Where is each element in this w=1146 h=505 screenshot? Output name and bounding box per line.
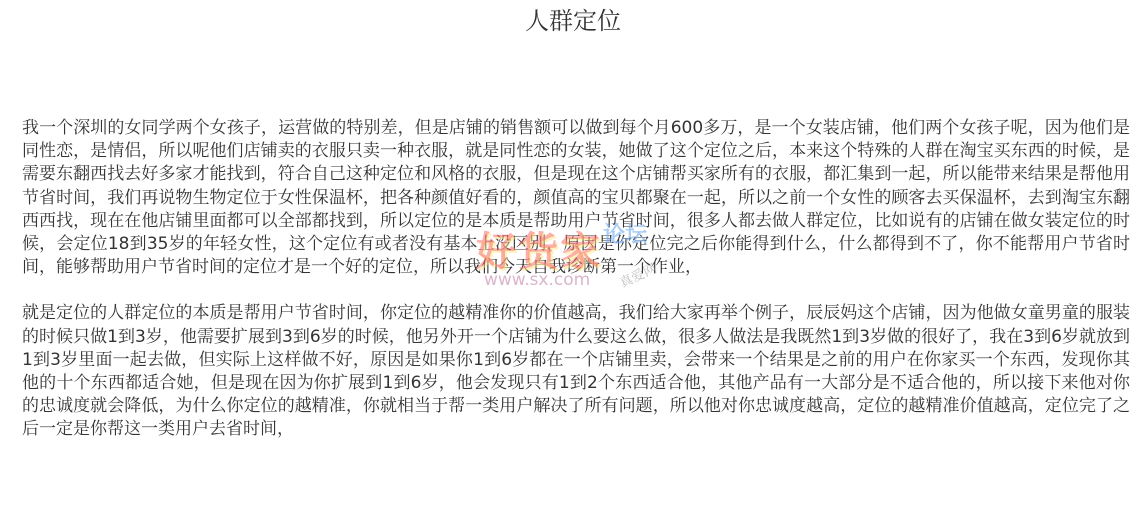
paragraph-1: 我一个深圳的女同学两个女孩子，运营做的特别差，但是店铺的销售额可以做到每个月60… bbox=[22, 117, 1130, 279]
page-title: 人群定位 bbox=[0, 4, 1146, 38]
article-body: 我一个深圳的女同学两个女孩子，运营做的特别差，但是店铺的销售额可以做到每个月60… bbox=[22, 117, 1130, 442]
paragraph-2: 就是定位的人群定位的本质是帮用户节省时间，你定位的越精准你的价值越高，我们给大家… bbox=[22, 302, 1130, 441]
